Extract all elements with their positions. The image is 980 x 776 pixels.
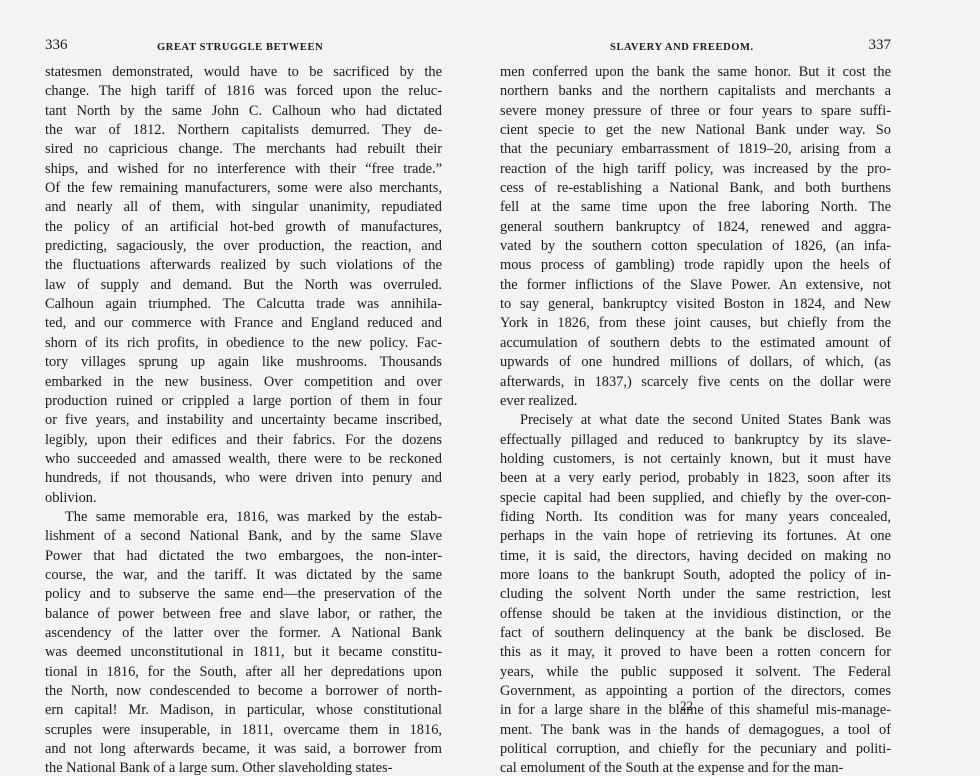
text-line: ted, and our commerce with France and En… <box>45 314 442 333</box>
text-line: shorn of its rich profits, in obedience … <box>45 334 442 353</box>
running-head: SLAVERY AND FREEDOM. 337 <box>500 40 891 60</box>
text-line: fell at the same time upon the free labo… <box>500 198 891 217</box>
text-line: Power that had dictated the two embargoe… <box>45 547 442 566</box>
text-line: vated by the southern cotton speculation… <box>500 237 891 256</box>
signature-mark: 22 <box>680 698 693 714</box>
text-line: balance of power between free and slave … <box>45 605 442 624</box>
text-line: Government, as appointing a portion of t… <box>500 682 891 701</box>
text-line: Calhoun again triumphed. The Calcutta tr… <box>45 295 442 314</box>
text-line: ern capital! Mr. Madison, in particular,… <box>45 701 442 720</box>
page-body-text: statesmen demonstrated, would have to be… <box>45 63 442 776</box>
text-line: was deemed unconstitutional in 1811, but… <box>45 643 442 662</box>
text-line: general southern bankruptcy of 1824, ren… <box>500 218 891 237</box>
text-line: or five years, and instability and uncer… <box>45 411 442 430</box>
text-line: The same memorable era, 1816, was marked… <box>45 508 442 527</box>
text-line: cess of re-establishing a National Bank,… <box>500 179 891 198</box>
text-line: specie capital had been supplied, and ch… <box>500 489 891 508</box>
text-line: oblivion. <box>45 489 442 508</box>
text-line: political corruption, and chiefly for th… <box>500 740 891 759</box>
text-line: tional in 1816, for the South, after all… <box>45 663 442 682</box>
text-line: northern banks and the northern capitali… <box>500 82 891 101</box>
text-line: statesmen demonstrated, would have to be… <box>45 63 442 82</box>
text-line: the policy of an artificial hot-bed grow… <box>45 218 442 237</box>
text-line: this as it may, it proved to have been a… <box>500 643 891 662</box>
text-line: lishment of a second National Bank, and … <box>45 527 442 546</box>
text-line: embarked in the new business. Over compe… <box>45 373 442 392</box>
text-line: course, the war, and the tariff. It was … <box>45 566 442 585</box>
text-line: sired no capricious change. The merchant… <box>45 140 442 159</box>
text-line: and nearly all of them, with singular un… <box>45 198 442 217</box>
text-line: production ruined or crippled a large po… <box>45 392 442 411</box>
text-line: predicting, sagaciously, the over produc… <box>45 237 442 256</box>
text-line: tory villages sprung up again like mushr… <box>45 353 442 372</box>
text-line: severe money pressure of three or four y… <box>500 102 891 121</box>
text-line: in for a large share in the blame of thi… <box>500 701 891 720</box>
text-line: cal emolument of the South at the expens… <box>500 759 891 776</box>
text-line: afterwards, in 1837,) scarcely five cent… <box>500 373 891 392</box>
page-number: 336 <box>45 37 68 54</box>
text-line: that the pecuniary embarrassment of 1819… <box>500 140 891 159</box>
text-line: Of the few remaining manufacturers, some… <box>45 179 442 198</box>
text-line: who succeeded and amassed wealth, there … <box>45 450 442 469</box>
text-line: ships, and wished for no interference wi… <box>45 160 442 179</box>
text-line: holding customers, is not certainly know… <box>500 450 891 469</box>
text-line: fact of southern delinquency at the bank… <box>500 624 891 643</box>
text-line: hundreds, if not thousands, who were dri… <box>45 469 442 488</box>
text-line: reaction of the high tariff policy, was … <box>500 160 891 179</box>
text-line: tant North by the same John C. Calhoun w… <box>45 102 442 121</box>
running-head-title: GREAT STRUGGLE BETWEEN <box>157 42 323 53</box>
running-head-title: SLAVERY AND FREEDOM. <box>610 42 754 53</box>
text-line: upwards of one hundred millions of dolla… <box>500 353 891 372</box>
text-line: the fluctuations afterwards realized by … <box>45 256 442 275</box>
text-line: and not long afterwards became, it was s… <box>45 740 442 759</box>
text-line: perhaps in the vain hope of retrieving i… <box>500 527 891 546</box>
text-line: ever realized. <box>500 392 891 411</box>
text-line: more loans to the bankrupt South, adopte… <box>500 566 891 585</box>
text-line: accumulation of southern debts to the es… <box>500 334 891 353</box>
text-line: years, while the public supposed it solv… <box>500 663 891 682</box>
text-line: the former inflictions of the Slave Powe… <box>500 276 891 295</box>
text-line: to say general, bankruptcy visited Bosto… <box>500 295 891 314</box>
text-line: policy and to subserve the same end—the … <box>45 585 442 604</box>
text-line: effectually pillaged and reduced to bank… <box>500 431 891 450</box>
text-line: scruples were insuperable, in 1811, over… <box>45 721 442 740</box>
text-line: the North, now condescended to become a … <box>45 682 442 701</box>
text-line: men conferred upon the bank the same hon… <box>500 63 891 82</box>
page-number: 337 <box>869 37 892 54</box>
page-body-text: men conferred upon the bank the same hon… <box>500 63 891 776</box>
text-line: the National Bank of a large sum. Other … <box>45 759 442 776</box>
text-line: ment. The bank was in the hands of demag… <box>500 721 891 740</box>
text-line: change. The high tariff of 1816 was forc… <box>45 82 442 101</box>
text-line: the war of 1812. Northern capitalists de… <box>45 121 442 140</box>
text-line: been at a very early period, probably in… <box>500 469 891 488</box>
running-head: 336 GREAT STRUGGLE BETWEEN <box>45 40 442 60</box>
text-line: mous process of gambling) trode rapidly … <box>500 256 891 275</box>
text-line: offense should be taken at the invidious… <box>500 605 891 624</box>
text-line: cluding the solvent North under the same… <box>500 585 891 604</box>
text-line: ascendency of the latter over the former… <box>45 624 442 643</box>
text-line: York in 1826, from these joint causes, b… <box>500 314 891 333</box>
text-line: law of supply and demand. But the North … <box>45 276 442 295</box>
text-line: time, it is said, the directors, having … <box>500 547 891 566</box>
text-line: fiding North. Its condition was for many… <box>500 508 891 527</box>
text-line: cient specie to get the new National Ban… <box>500 121 891 140</box>
text-line: legibly, upon their edifices and their f… <box>45 431 442 450</box>
text-line: Precisely at what date the second United… <box>500 411 891 430</box>
